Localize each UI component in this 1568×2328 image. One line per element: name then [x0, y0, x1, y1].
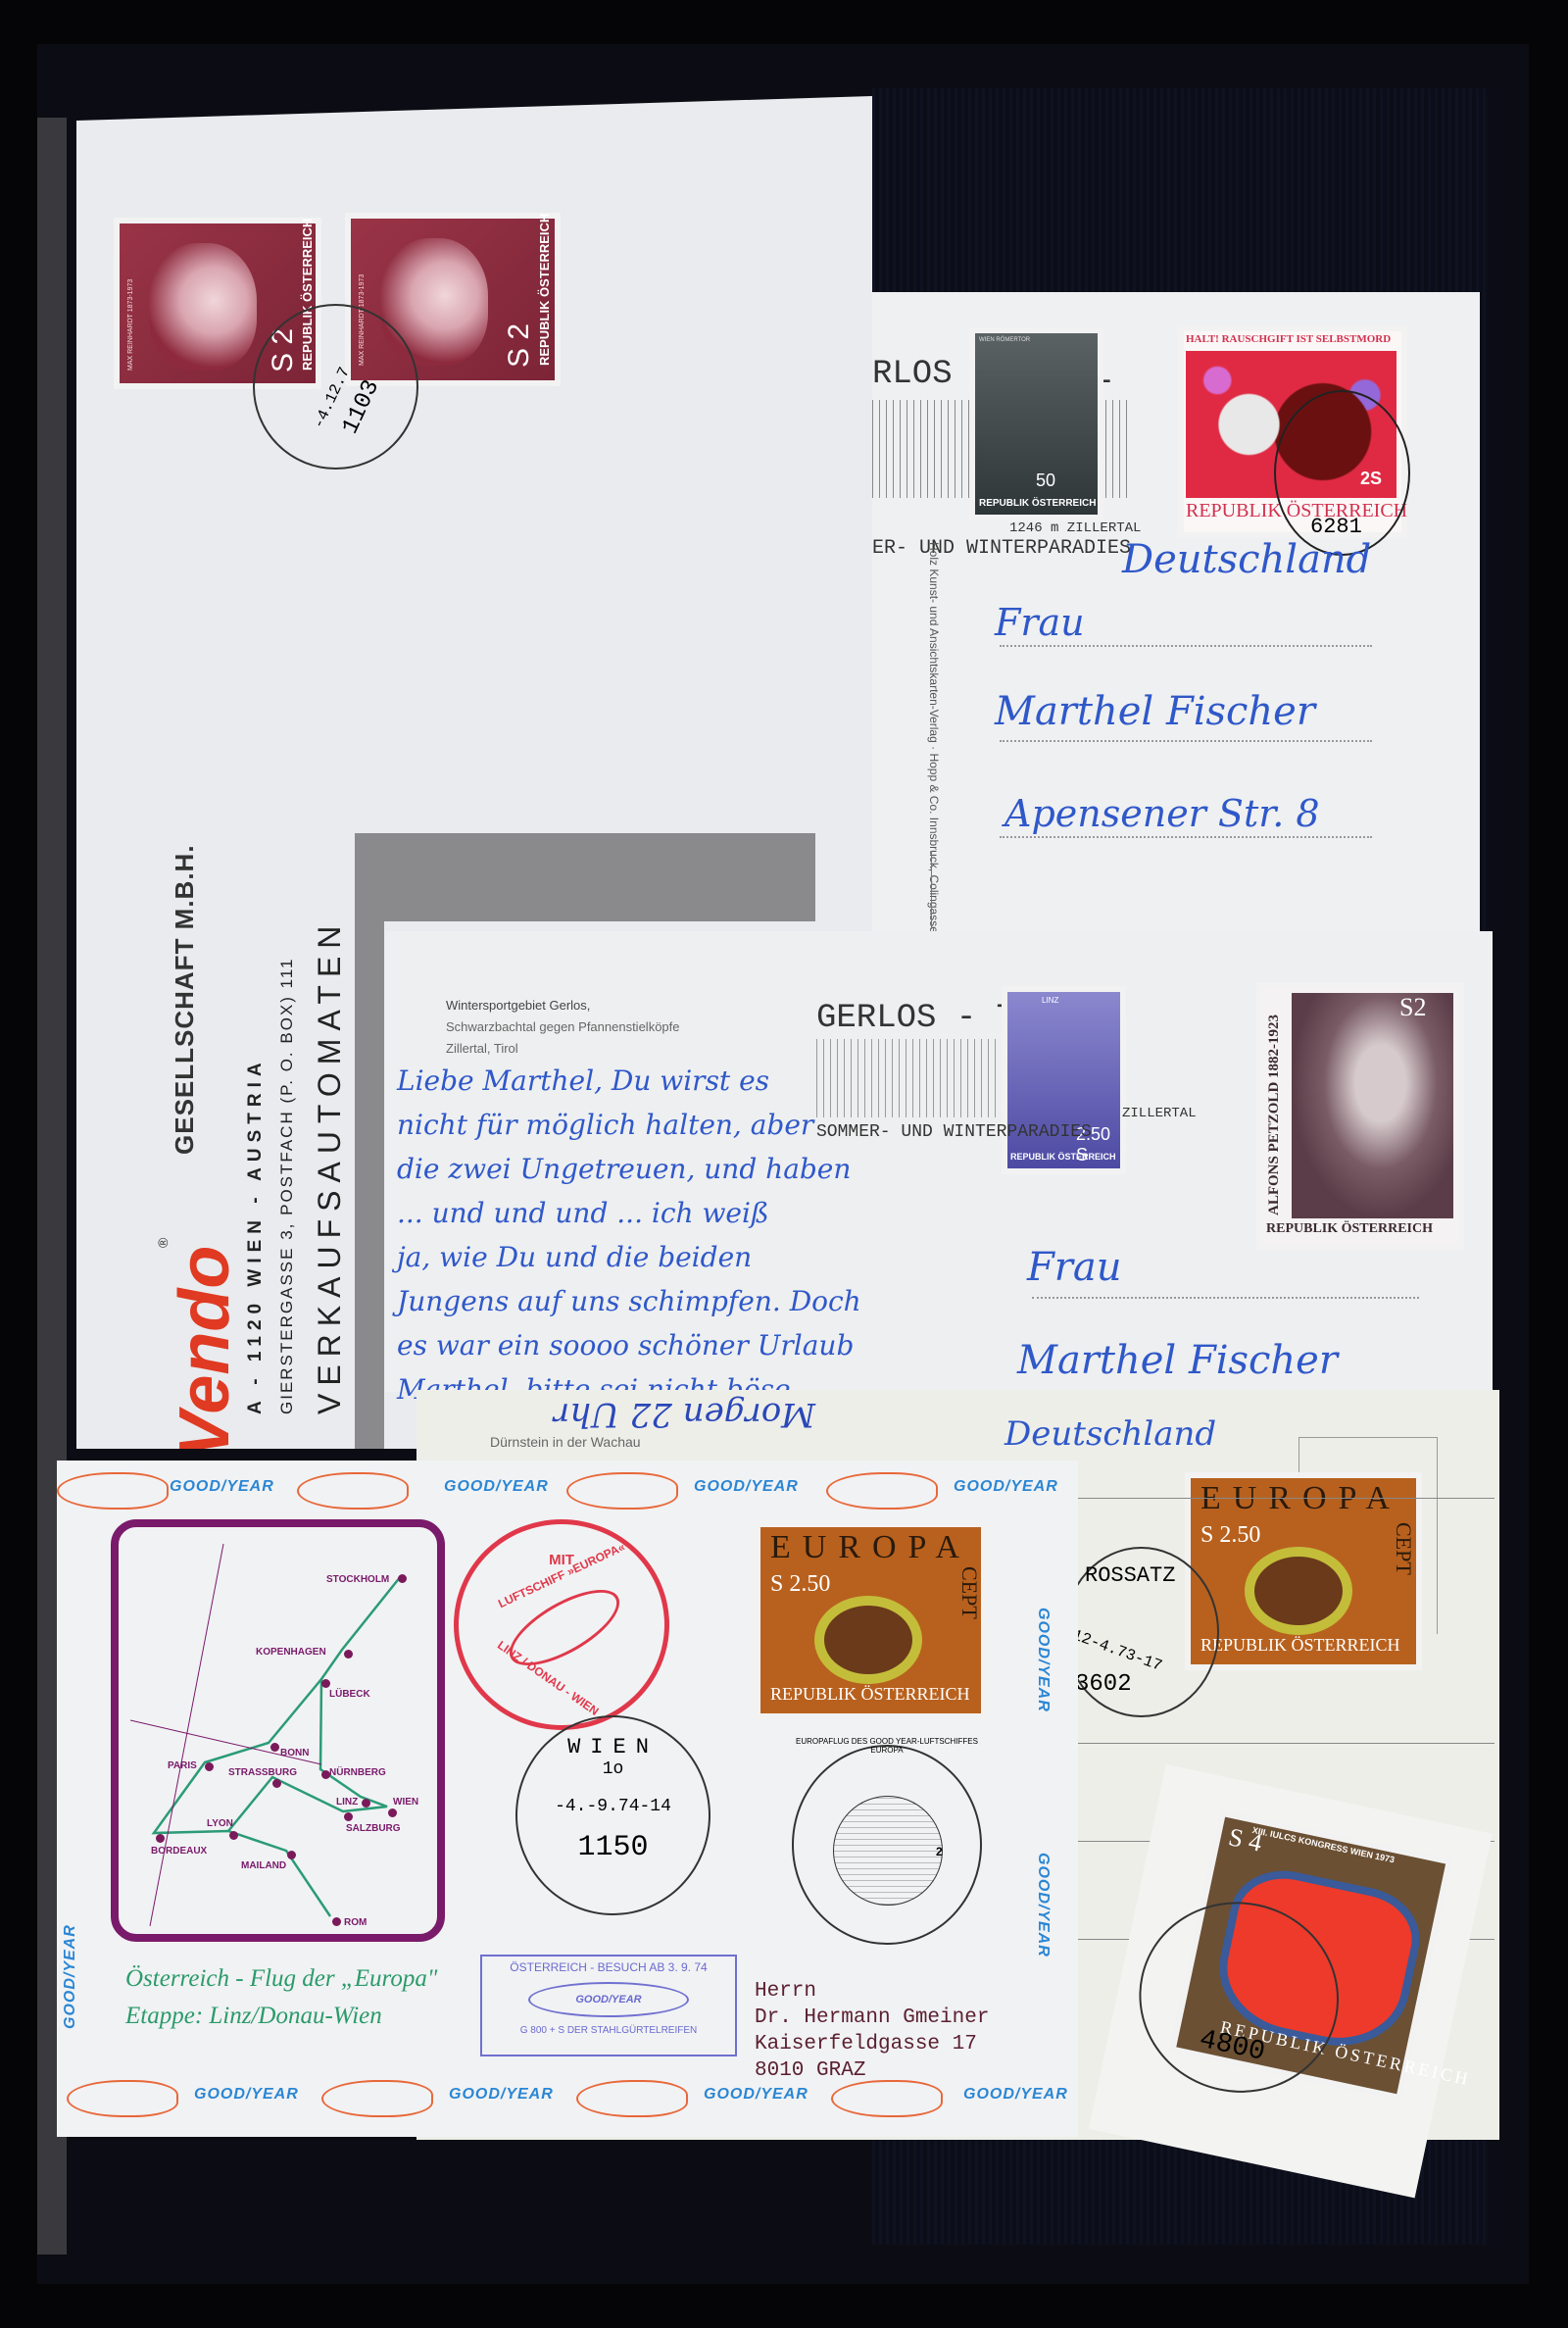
stamp-country: REPUBLIK ÖSTERREICH — [1266, 1221, 1433, 1237]
message-line: ja, wie Du und die beiden — [397, 1235, 1024, 1279]
map-city: LÜBECK — [329, 1689, 370, 1700]
caption-line-2: Schwarzbachtal gegen Pfannenstielköpfe — [446, 1019, 680, 1034]
blimp-icon — [566, 1472, 678, 1510]
map-city: STOCKHOLM — [326, 1574, 389, 1585]
blimp-icon — [576, 2080, 688, 2117]
caption-line-3: Zillertal, Tirol — [446, 1041, 518, 1056]
portrait-icon — [1292, 993, 1453, 1218]
address-country: Deutschland — [1122, 537, 1371, 582]
box-cachet-line-1: ÖSTERREICH - BESUCH AB 3. 9. 74 — [482, 1960, 735, 1974]
grey-band-2 — [384, 833, 815, 921]
address-salutation: Frau — [1027, 1245, 1121, 1290]
blimp-icon — [831, 2080, 943, 2117]
box-cachet-line-2: G 800 + S DER STAHLGÜRTELREIFEN — [482, 2025, 735, 2036]
goodyear-logo: GOOD/YEAR — [444, 1478, 549, 1496]
postmark-6281: 6281 — [1274, 390, 1410, 556]
stamp-value: S 2.50 — [770, 1571, 830, 1598]
map-city: WIEN — [393, 1797, 418, 1808]
address-name: Marthel Fischer — [1017, 1338, 1338, 1383]
map-city: LINZ — [336, 1797, 358, 1808]
map-city: KOPENHAGEN — [256, 1647, 326, 1658]
map-city: PARIS — [168, 1760, 197, 1771]
cover-title-1: Österreich - Flug der „Europa" — [125, 1965, 437, 1993]
map-city: NÜRNBERG — [329, 1767, 386, 1778]
goodyear-logo: GOOD/YEAR — [1034, 1853, 1052, 1957]
stamp-caption: WIEN RÖMERTOR — [979, 337, 1030, 343]
address-line — [1000, 740, 1372, 742]
slogan-bottom: SOMMER- UND WINTERPARADIES — [816, 1122, 1092, 1142]
message-line: ... und und und ... ich weiß — [397, 1191, 1024, 1235]
postmark-date: -4.-9.74-14 — [517, 1797, 709, 1816]
postmark-wien-1150: WIEN 1o -4.-9.74-14 1150 — [515, 1715, 710, 1915]
posthorn-icon — [1245, 1547, 1352, 1635]
goodyear-logo: GOOD/YEAR — [694, 1478, 799, 1496]
stamp-value: S 2 — [503, 323, 536, 368]
stamp-caption: XIII. IULCS KONGRESS WIEN 1973 — [1251, 1825, 1396, 1865]
goodyear-logo: GOOD/YEAR — [449, 2086, 554, 2104]
postmark-place: ROSSATZ — [1085, 1563, 1175, 1588]
recipient: Herrn Dr. Hermann Gmeiner Kaiserfeldgass… — [755, 1978, 989, 2084]
recipient-line: Herrn — [755, 1978, 989, 2005]
stamp-petzold: S2 ALFONS PETZOLD 1882-1923 REPUBLIK ÖST… — [1262, 988, 1458, 1245]
map-city: LYON — [207, 1818, 233, 1829]
goodyear-logo: GOOD/YEAR — [704, 2086, 808, 2104]
portrait-icon — [149, 243, 257, 371]
address-line-2: GIERSTERGASSE 3, POSTFACH (P. O. BOX) 11… — [277, 957, 297, 1414]
posthorn-icon — [814, 1596, 922, 1684]
brand-logo: Vendo — [165, 1246, 245, 1459]
stamp-subtitle: CEPT — [956, 1566, 982, 1619]
blimp-icon — [297, 1472, 409, 1510]
message-line: die zwei Ungetreuen, und haben — [397, 1147, 1024, 1191]
stamp-value: S2 — [1399, 993, 1426, 1022]
stamp-caption: MAX REINHARDT 1873-1973 — [127, 279, 134, 371]
stamp-subtitle: CEPT — [1391, 1522, 1416, 1575]
address-fragment: Deutschland — [1004, 1414, 1216, 1454]
goodyear-logo: GOOD/YEAR — [194, 2086, 299, 2104]
map-city: MAILAND — [241, 1860, 286, 1871]
stamp-caption: HALT! RAUSCHGIFT IST SELBSTMORD — [1186, 333, 1391, 345]
recipient-line: Kaiserfeldgasse 17 — [755, 2031, 989, 2057]
recipient-line: Dr. Hermann Gmeiner — [755, 2005, 989, 2031]
map-city: ROM — [344, 1917, 367, 1928]
recipient-line: 8010 GRAZ — [755, 2057, 989, 2084]
message-line: es war ein soooo schöner Urlaub — [397, 1323, 1024, 1367]
caption-line-1: Wintersportgebiet Gerlos, — [446, 998, 590, 1013]
special-postmark-number: 2 — [936, 1845, 943, 1858]
address-line — [1000, 836, 1372, 838]
castle-icon — [833, 1796, 943, 1906]
address-line-1: A - 1120 WIEN - AUSTRIA — [245, 1057, 267, 1414]
caption: Dürnstein in der Wachau — [490, 1434, 641, 1450]
postmark-code: 3602 — [1075, 1671, 1132, 1698]
address-name: Marthel Fischer — [995, 689, 1315, 734]
address-line — [1000, 645, 1372, 647]
goodyear-logo: GOOD/YEAR — [954, 1478, 1058, 1496]
divider-line — [931, 851, 932, 929]
red-cachet: MIT LUFTSCHIFF »EUROPA« LINZ / DONAU - W… — [454, 1519, 669, 1730]
special-postmark-text: EUROPAFLUG DES GOOD YEAR-LUFTSCHIFFES EU… — [784, 1737, 990, 1755]
postmark-place: WIEN — [517, 1735, 709, 1759]
goodyear-cover: GOOD/YEAR GOOD/YEAR GOOD/YEAR GOOD/YEAR … — [57, 1461, 1078, 2137]
company-name: GESELLSCHAFT M.B.H. — [170, 844, 200, 1155]
box-cachet: ÖSTERREICH - BESUCH AB 3. 9. 74 GOOD/YEA… — [480, 1955, 737, 2056]
stamp-europa-cover: EUROPA CEPT S 2.50 REPUBLIK ÖSTERREICH — [760, 1527, 981, 1713]
stamp-country: REPUBLIK ÖSTERREICH — [979, 498, 1096, 509]
stamp-title: EUROPA — [1200, 1480, 1401, 1517]
postmark-wien: -4.12.7 1103 — [253, 304, 418, 470]
stamp-country: REPUBLIK ÖSTERREICH — [537, 214, 552, 366]
stamp-value: S 4 — [1226, 1822, 1264, 1857]
postmark-rossatz: ROSSATZ 12-4.73-17 3602 — [1063, 1547, 1219, 1717]
message-line: Jungens auf uns schimpfen. Doch — [397, 1279, 1024, 1323]
address-line — [1032, 1297, 1419, 1299]
goodyear-logo: GOOD/YEAR — [963, 2086, 1068, 2104]
slogan-right: ZILLERTAL — [1122, 1106, 1197, 1121]
upside-down-note: Morgen 22 Uhr — [554, 1395, 815, 1434]
blimp-icon — [826, 1472, 938, 1510]
postmark-code: 6281 — [1310, 515, 1362, 539]
blimp-icon — [67, 2080, 178, 2117]
stamp-country: REPUBLIK ÖSTERREICH — [1200, 1635, 1400, 1656]
stamp-caption: LINZ — [1042, 996, 1058, 1005]
map-city: BORDEAUX — [151, 1846, 207, 1857]
postmark-date: 12-4.73-17 — [1070, 1626, 1164, 1675]
slogan-bottom: ER- UND WINTERPARADIES — [872, 537, 1131, 560]
address-salutation: Frau — [995, 601, 1085, 644]
registered-mark: ® — [155, 1238, 171, 1248]
stamp-title: EUROPA — [770, 1529, 971, 1566]
cachet-line-1: MIT — [459, 1552, 664, 1568]
blimp-icon — [57, 1472, 169, 1510]
stamp-value: S 2.50 — [1200, 1522, 1260, 1549]
stamp-country: REPUBLIK ÖSTERREICH — [1010, 1152, 1116, 1162]
box-cachet-brand: GOOD/YEAR — [528, 1982, 689, 2017]
stamp-linz: LINZ 2.50 S REPUBLIK ÖSTERREICH — [1007, 992, 1120, 1168]
map-city: BONN — [280, 1748, 309, 1758]
goodyear-logo: GOOD/YEAR — [1034, 1608, 1052, 1712]
postmark-code: 4800 — [1197, 2025, 1267, 2068]
goodyear-logo: GOOD/YEAR — [62, 1924, 79, 2029]
stamp-caption: ALFONS PETZOLD 1882-1923 — [1266, 1015, 1283, 1215]
goodyear-logo: GOOD/YEAR — [170, 1478, 274, 1496]
map-city: STRASSBURG — [228, 1767, 297, 1778]
postcard-gerlos-2: Wintersportgebiet Gerlos, Schwarzbachtal… — [385, 931, 1493, 1392]
route-map: STOCKHOLM KOPENHAGEN LÜBECK BONN PARIS S… — [111, 1519, 445, 1942]
stamp-roemertor: WIEN RÖMERTOR 50 REPUBLIK ÖSTERREICH — [975, 333, 1098, 515]
address-street: Apensener Str. 8 — [1004, 792, 1320, 835]
postmark-code: 1150 — [517, 1831, 709, 1864]
map-city: SALZBURG — [346, 1823, 401, 1834]
stamp-country: REPUBLIK ÖSTERREICH — [770, 1684, 970, 1705]
cover-title-2: Etappe: Linz/Donau-Wien — [125, 2003, 382, 2030]
slogan-height: 1246 m ZILLERTAL — [1009, 520, 1141, 536]
stamp-value: 50 — [1036, 471, 1055, 491]
postmark-office: 1o — [517, 1759, 709, 1779]
postcard-gerlos-1: RLOS - TIROL WIEN RÖMERTOR 50 REPUBLIK Ö… — [872, 292, 1480, 939]
stamp-europa-duernstein: EUROPA CEPT S 2.50 REPUBLIK ÖSTERREICH — [1191, 1478, 1416, 1664]
grey-band — [355, 833, 384, 1451]
special-postmark: EUROPAFLUG DES GOOD YEAR-LUFTSCHIFFES EU… — [792, 1745, 982, 1945]
product-line: VERKAUFSAUTOMATEN — [312, 918, 348, 1414]
blimp-icon — [321, 2080, 433, 2117]
